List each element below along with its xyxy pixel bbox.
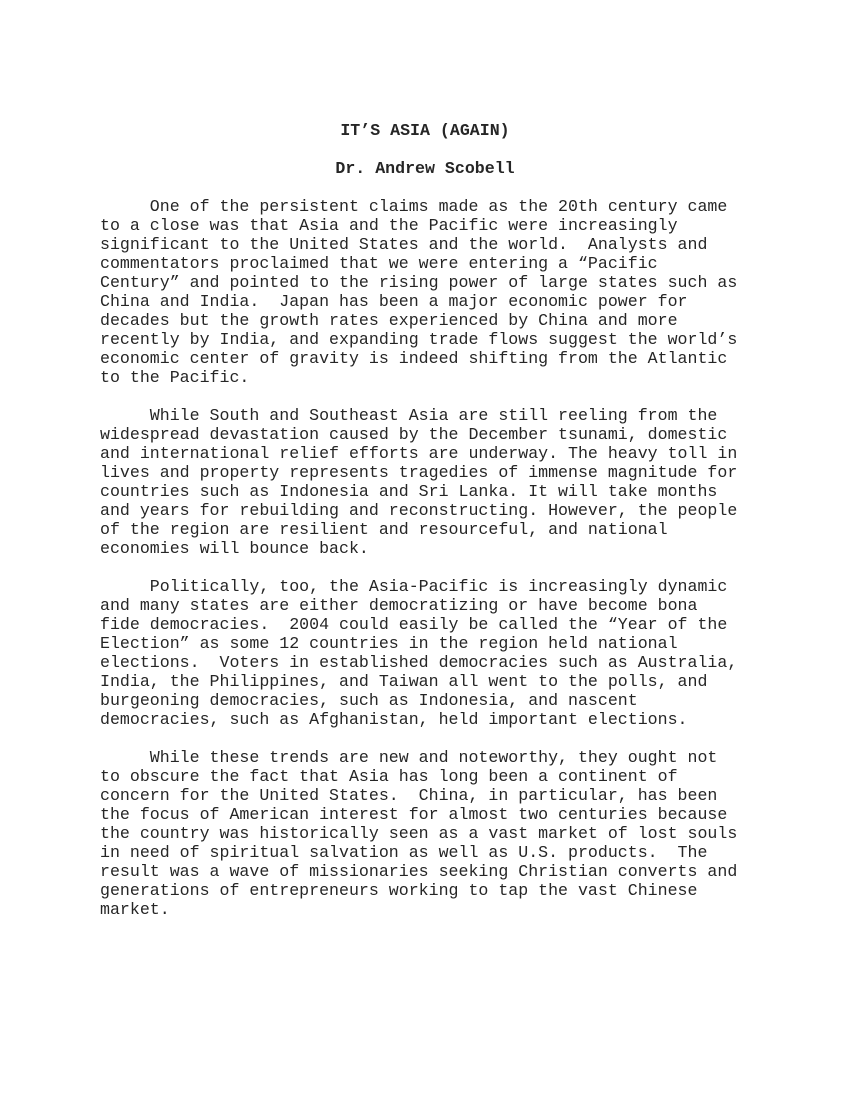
document-page: IT’S ASIA (AGAIN) Dr. Andrew Scobell One…	[0, 0, 850, 1100]
paragraph-3: Politically, too, the Asia-Pacific is in…	[100, 577, 750, 729]
document-body: One of the persistent claims made as the…	[100, 197, 750, 919]
paragraph-1: One of the persistent claims made as the…	[100, 197, 750, 387]
paragraph-2: While South and Southeast Asia are still…	[100, 406, 750, 558]
paragraph-4: While these trends are new and noteworth…	[100, 748, 750, 919]
document-author: Dr. Andrew Scobell	[100, 159, 750, 178]
document-title: IT’S ASIA (AGAIN)	[100, 121, 750, 140]
